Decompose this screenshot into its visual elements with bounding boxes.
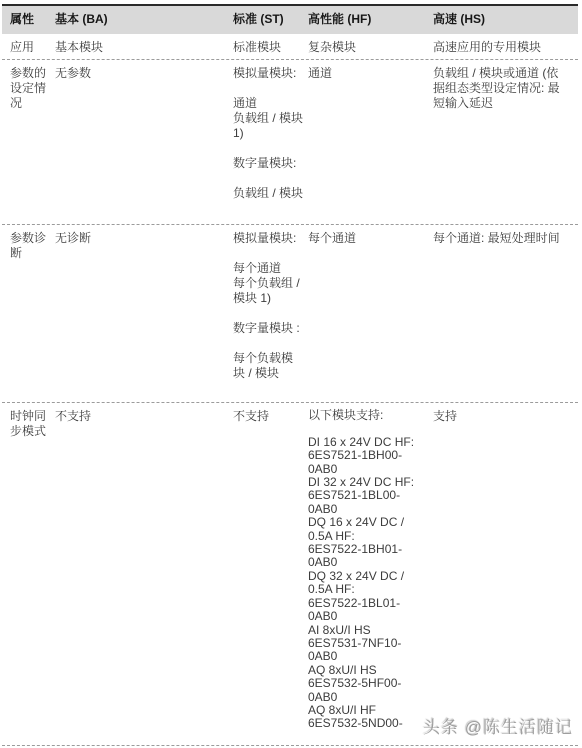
cell-diagnostics-attr: 参数诊 断 (2, 225, 55, 402)
cell-diagnostics-st: 模拟量模块: 每个通道 每个负载组 / 模块 1) 数字量模块 : 每个负载模 … (233, 225, 308, 402)
cell-isochronous-attr: 时钟同 步模式 (2, 403, 55, 745)
cell-isochronous-hf-module-list: 以下模块支持: DI 16 x 24V DC HF: 6ES7521-1BH00… (308, 403, 433, 745)
cell-isochronous-st: 不支持 (233, 403, 308, 745)
cell-parameter-attr: 参数的 设定情 况 (2, 60, 55, 224)
cell-parameter-ba: 无参数 (55, 60, 233, 224)
table-header-row: 属性 基本 (BA) 标准 (ST) 高性能 (HF) 高速 (HS) (2, 6, 578, 34)
cell-parameter-st: 模拟量模块: 通道 负载组 / 模块 1) 数字量模块: 负载组 / 模块 (233, 60, 308, 224)
header-cell-attribute: 属性 (2, 6, 55, 34)
cell-isochronous-ba: 不支持 (55, 403, 233, 745)
table-row-parameter-assignment: 参数的 设定情 况 无参数 模拟量模块: 通道 负载组 / 模块 1) 数字量模… (2, 59, 578, 224)
cell-application-hs: 高速应用的专用模块 (433, 34, 578, 59)
table-row-application: 应用 基本模块 标准模块 复杂模块 高速应用的专用模块 (2, 34, 578, 59)
cell-application-hf: 复杂模块 (308, 34, 433, 59)
cell-parameter-hs: 负载组 / 模块或通道 (依 据组态类型设定情况: 最 短输入延迟 (433, 60, 578, 224)
cell-isochronous-hs: 支持 (433, 403, 578, 745)
header-cell-high-speed-hs: 高速 (HS) (433, 6, 578, 34)
table-row-isochronous-mode: 时钟同 步模式 不支持 不支持 以下模块支持: DI 16 x 24V DC H… (2, 402, 578, 745)
cell-diagnostics-hs: 每个通道: 最短处理时间 (433, 225, 578, 402)
table-row-parameter-diagnostics: 参数诊 断 无诊断 模拟量模块: 每个通道 每个负载组 / 模块 1) 数字量模… (2, 224, 578, 402)
cell-application-st: 标准模块 (233, 34, 308, 59)
header-cell-standard-st: 标准 (ST) (233, 6, 308, 34)
cell-application-attr: 应用 (2, 34, 55, 59)
module-comparison-table: 属性 基本 (BA) 标准 (ST) 高性能 (HF) 高速 (HS) 应用 基… (2, 4, 578, 746)
cell-application-ba: 基本模块 (55, 34, 233, 59)
toutiao-watermark: 头条 @陈生活随记 (423, 713, 573, 738)
cell-diagnostics-ba: 无诊断 (55, 225, 233, 402)
cell-diagnostics-hf: 每个通道 (308, 225, 433, 402)
header-cell-basic-ba: 基本 (BA) (55, 6, 233, 34)
cell-parameter-hf: 通道 (308, 60, 433, 224)
document-page: 属性 基本 (BA) 标准 (ST) 高性能 (HF) 高速 (HS) 应用 基… (0, 0, 582, 748)
header-cell-high-feature-hf: 高性能 (HF) (308, 6, 433, 34)
